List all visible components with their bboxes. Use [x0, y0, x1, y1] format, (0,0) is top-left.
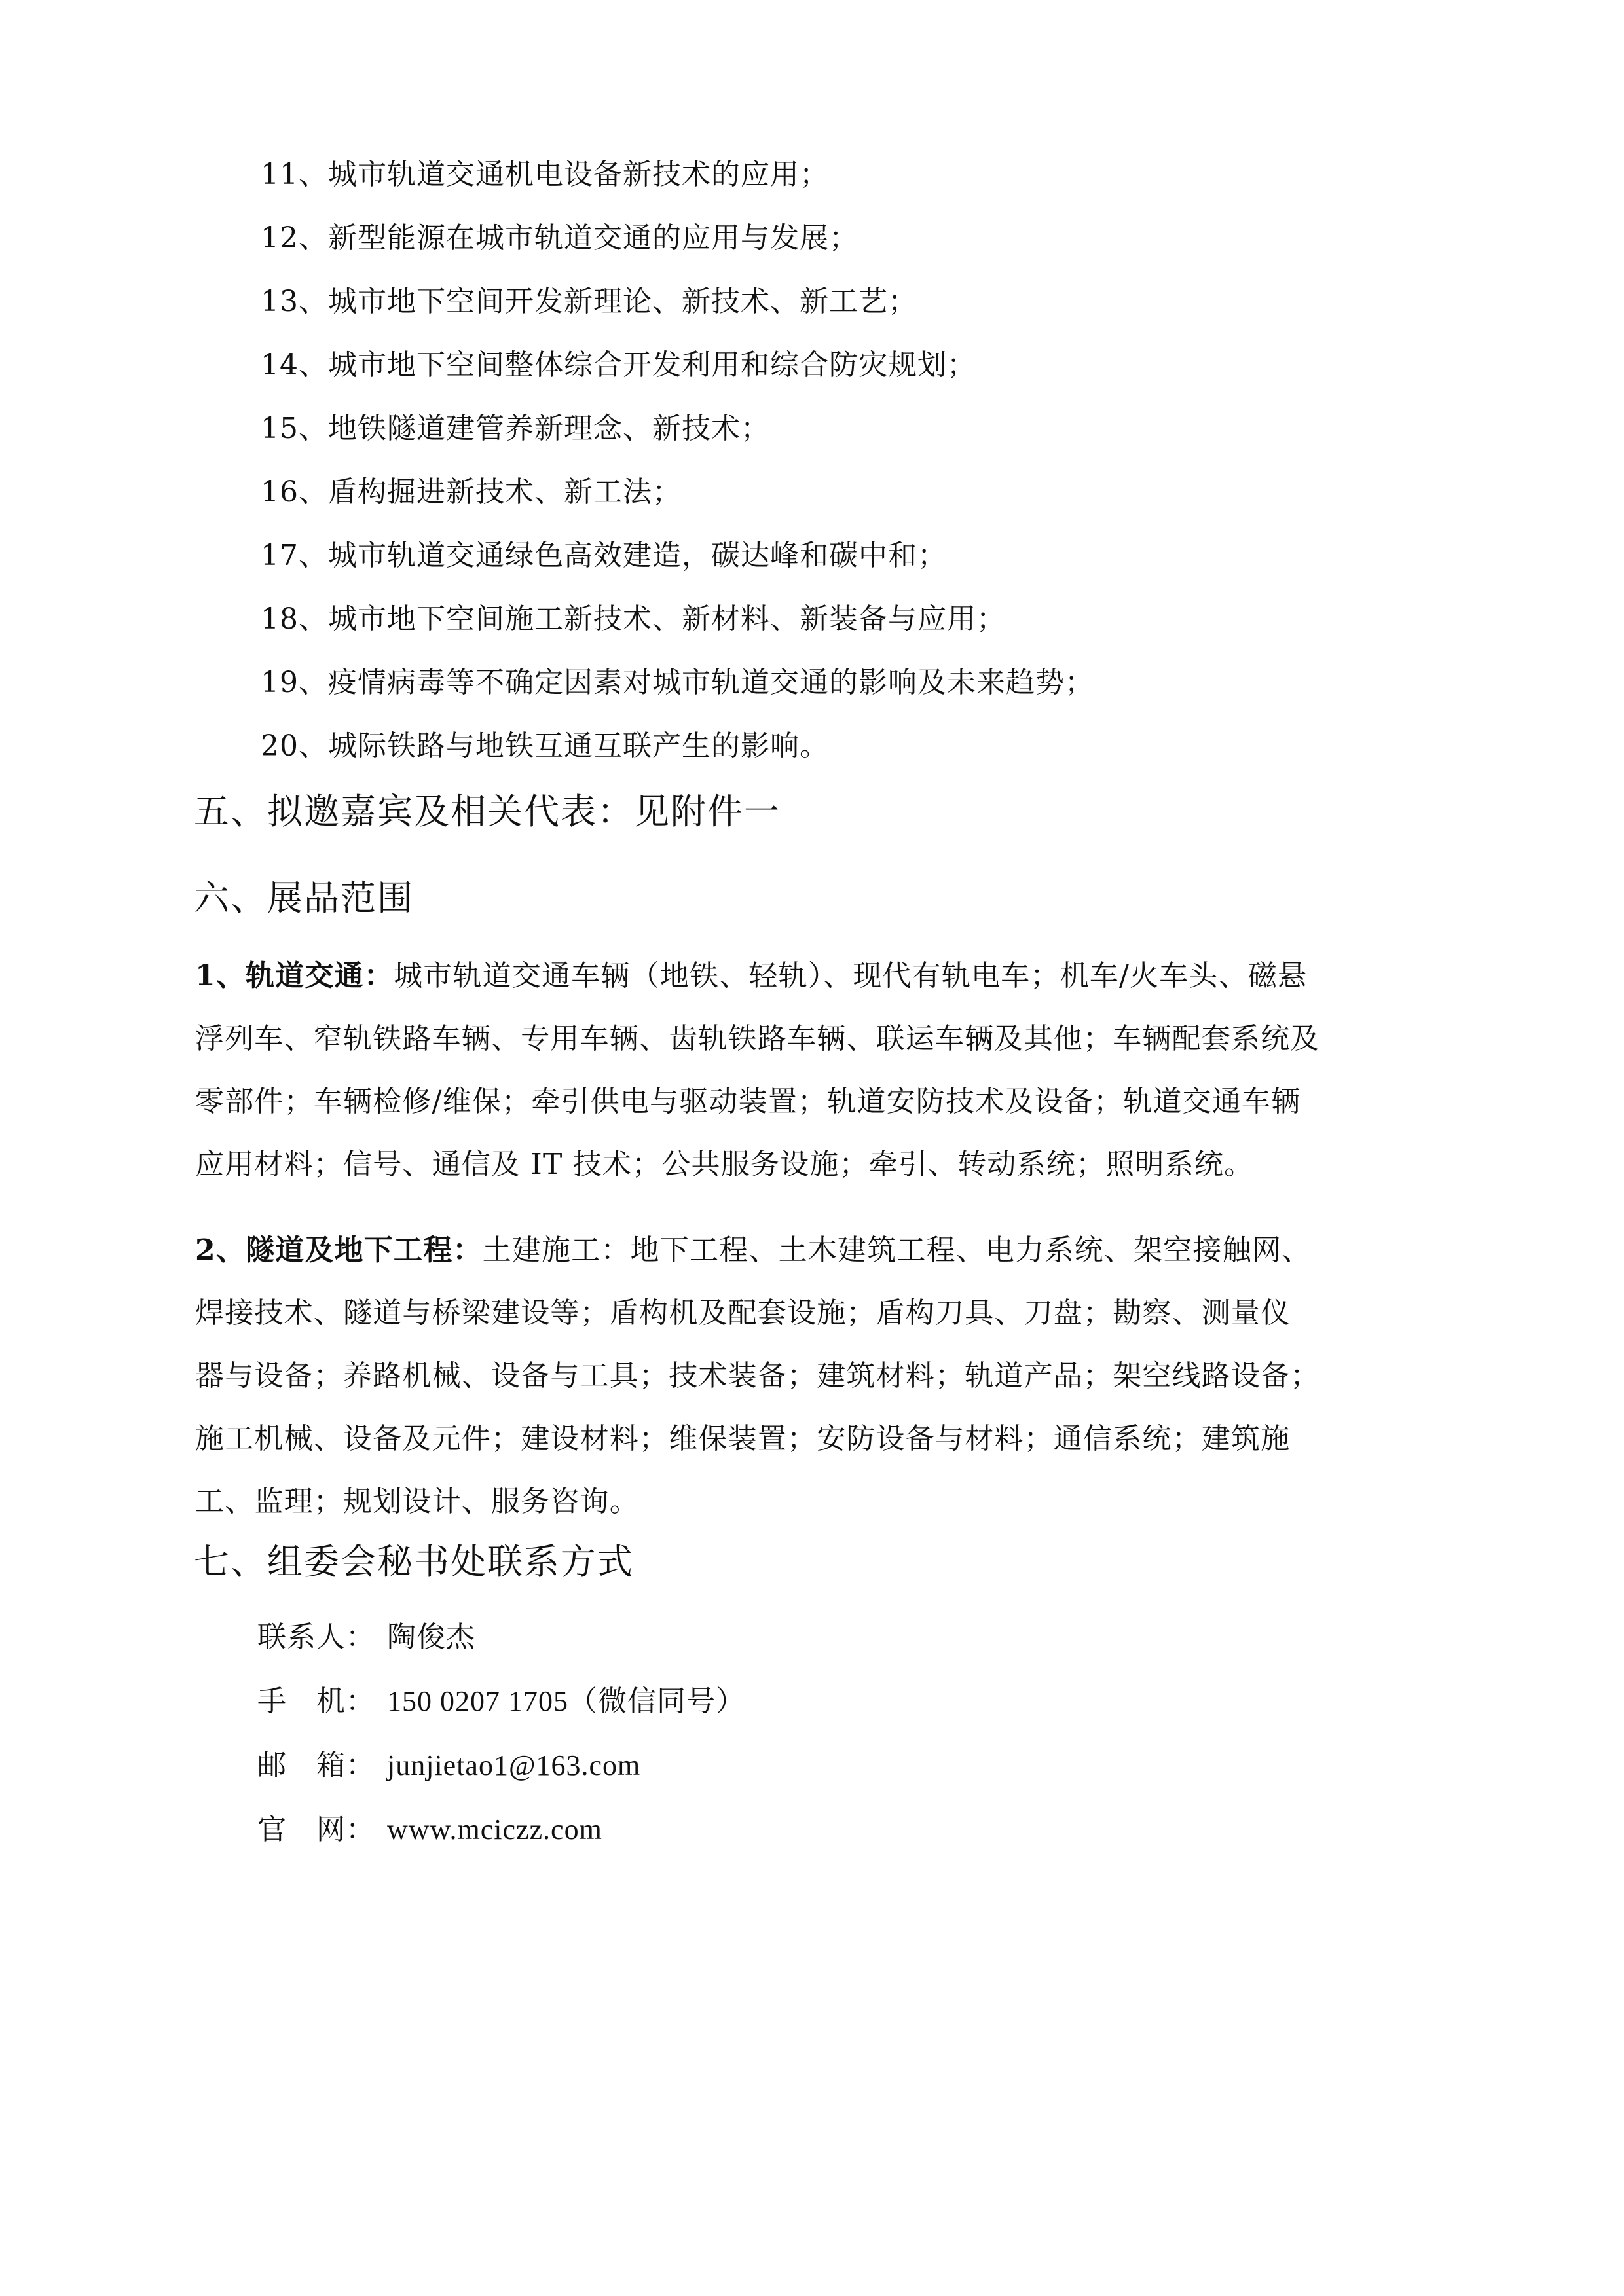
exhibit-item-label: 1、轨道交通： — [195, 959, 394, 993]
paragraph-line: 器与设备；养路机械、设备与工具；技术装备；建筑材料；轨道产品；架空线路设备； — [195, 1345, 1439, 1408]
contact-website: 官 网：www.mciczz.com — [257, 1798, 745, 1862]
document-page: 11、城市轨道交通机电设备新技术的应用； 12、新型能源在城市轨道交通的应用与发… — [0, 0, 1624, 2296]
topic-item-16: 16、盾构掘进新技术、新工法； — [261, 460, 1094, 524]
contact-website-value[interactable]: www.mciczz.com — [387, 1813, 602, 1846]
paragraph-line: 焊接技术、隧道与桥梁建设等；盾构机及配套设施；盾构刀具、刀盘；勘察、测量仪 — [195, 1282, 1439, 1345]
contact-phone-label: 手 机： — [257, 1669, 387, 1734]
section-heading-contact: 七、组委会秘书处联系方式 — [194, 1539, 634, 1585]
paragraph-line: 浮列车、窄轨铁路车辆、专用车辆、齿轨铁路车辆、联运车辆及其他；车辆配套系统及 — [195, 1008, 1439, 1070]
contact-person-label: 联系人： — [257, 1605, 387, 1669]
contact-phone: 手 机：150 0207 1705（微信同号） — [257, 1669, 745, 1734]
section-heading-exhibit-scope: 六、展品范围 — [194, 875, 414, 921]
exhibit-item-label: 2、隧道及地下工程： — [195, 1233, 483, 1267]
topic-item-14: 14、城市地下空间整体综合开发利用和综合防灾规划； — [261, 333, 1094, 397]
contact-email: 邮 箱：junjietao1@163.com — [257, 1734, 745, 1798]
paragraph-text: 城市轨道交通车辆（地铁、轻轨）、现代有轨电车；机车/火车头、磁悬 — [394, 959, 1307, 993]
topic-item-13: 13、城市地下空间开发新理论、新技术、新工艺； — [261, 270, 1094, 333]
topic-item-20: 20、城际铁路与地铁互通互联产生的影响。 — [261, 714, 1094, 778]
contact-person: 联系人：陶俊杰 — [257, 1605, 745, 1669]
contact-list: 联系人：陶俊杰 手 机：150 0207 1705（微信同号） 邮 箱：junj… — [257, 1605, 745, 1862]
paragraph-line: 应用材料；信号、通信及 IT 技术；公共服务设施；牵引、转动系统；照明系统。 — [195, 1133, 1439, 1196]
paragraph-text: 土建施工：地下工程、土木建筑工程、电力系统、架空接触网、 — [483, 1233, 1312, 1267]
topic-item-15: 15、地铁隧道建管养新理念、新技术； — [261, 397, 1094, 460]
topic-list: 11、城市轨道交通机电设备新技术的应用； 12、新型能源在城市轨道交通的应用与发… — [261, 143, 1094, 778]
topic-item-18: 18、城市地下空间施工新技术、新材料、新装备与应用； — [261, 587, 1094, 651]
exhibit-item-rail-transit: 1、轨道交通：城市轨道交通车辆（地铁、轻轨）、现代有轨电车；机车/火车头、磁悬 … — [195, 945, 1439, 1196]
contact-website-label: 官 网： — [257, 1798, 387, 1862]
topic-item-17: 17、城市轨道交通绿色高效建造，碳达峰和碳中和； — [261, 524, 1094, 587]
contact-email-value[interactable]: junjietao1@163.com — [387, 1749, 640, 1781]
paragraph-line: 1、轨道交通：城市轨道交通车辆（地铁、轻轨）、现代有轨电车；机车/火车头、磁悬 — [195, 945, 1439, 1008]
paragraph-line: 2、隧道及地下工程：土建施工：地下工程、土木建筑工程、电力系统、架空接触网、 — [195, 1219, 1439, 1282]
paragraph-line: 工、监理；规划设计、服务咨询。 — [195, 1470, 1439, 1533]
contact-email-label: 邮 箱： — [257, 1734, 387, 1798]
topic-item-11: 11、城市轨道交通机电设备新技术的应用； — [261, 143, 1094, 206]
section-heading-guests: 五、拟邀嘉宾及相关代表：见附件一 — [194, 789, 781, 835]
contact-person-value: 陶俊杰 — [387, 1621, 475, 1653]
contact-phone-value[interactable]: 150 0207 1705（微信同号） — [387, 1685, 745, 1717]
topic-item-12: 12、新型能源在城市轨道交通的应用与发展； — [261, 206, 1094, 270]
paragraph-line: 零部件；车辆检修/维保；牵引供电与驱动装置；轨道安防技术及设备；轨道交通车辆 — [195, 1070, 1439, 1133]
paragraph-line: 施工机械、设备及元件；建设材料；维保装置；安防设备与材料；通信系统；建筑施 — [195, 1408, 1439, 1470]
exhibit-item-tunnel-underground: 2、隧道及地下工程：土建施工：地下工程、土木建筑工程、电力系统、架空接触网、 焊… — [195, 1219, 1439, 1533]
topic-item-19: 19、疫情病毒等不确定因素对城市轨道交通的影响及未来趋势； — [261, 651, 1094, 714]
